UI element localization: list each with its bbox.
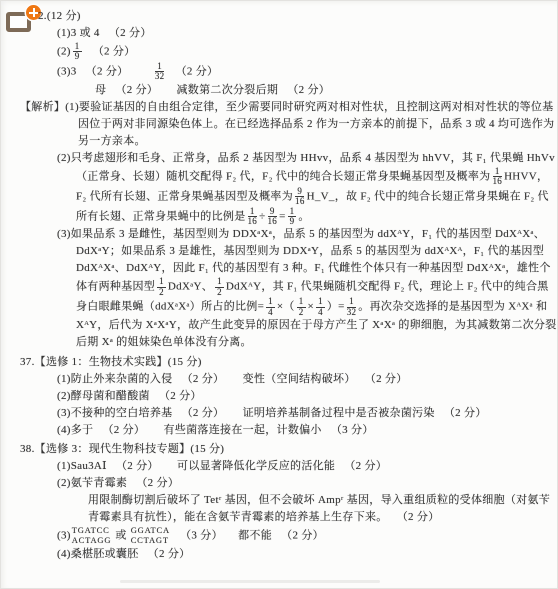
scanned-answer-document: 2.(12 分) (1)3 或 4 （2 分） (2)19 （2 分） (3)3… bbox=[0, 0, 558, 589]
q32-analysis-paragraph-2: (2)只考虑翅形和毛身、正常身，品系 2 基因型为 HHvv，品系 4 基因型为… bbox=[0, 150, 558, 227]
q32-answer-1: (1)3 或 4 （2 分） bbox=[0, 25, 558, 42]
fraction: 116 bbox=[247, 207, 259, 227]
fraction: 916 bbox=[266, 207, 278, 227]
dna-sequence-pair: TGATCCACTAGG bbox=[72, 526, 112, 546]
q38-answer-1: (1)Sau3AⅠ （2 分） 可以显著降低化学反应的活化能 （2 分） bbox=[0, 458, 558, 475]
q38-answer-3: (3)TGATCCACTAGG 或 GGATCACCTAGT （3 分） 都不能… bbox=[0, 526, 558, 546]
q37-answer-1: (1)防止外来杂菌的入侵 （2 分） 变性（空间结构破坏） （2 分） bbox=[0, 371, 558, 388]
fraction: 132 bbox=[346, 297, 358, 317]
question-37-block: 37.【选修 1：生物技术实践】(15 分) (1)防止外来杂菌的入侵 （2 分… bbox=[0, 354, 558, 439]
q32-analysis-paragraph-3: (3)如果品系 3 是雌性，基因型则为 DDXᵃXᵃ，品系 5 的基因型为 dd… bbox=[0, 226, 558, 351]
q37-answer-2: (2)酵母菌和醋酸菌 （2 分） bbox=[0, 388, 558, 405]
fraction: 14 bbox=[265, 297, 276, 317]
q38-answer-4: (4)桑椹胚或囊胚 （2 分） bbox=[0, 546, 558, 563]
q32-answer-2: (2)19 （2 分） bbox=[0, 42, 558, 62]
question-38-header: 38.【选修 3：现代生物科技专题】(15 分) bbox=[0, 441, 558, 458]
answer-key-content: 2.(12 分) (1)3 或 4 （2 分） (2)19 （2 分） (3)3… bbox=[0, 0, 558, 563]
q32-analysis-paragraph-1: 【解析】(1)要验证基因的自由组合定律，至少需要同时研究两对相对性状，且控制这两… bbox=[0, 99, 558, 150]
question-32-header: 2.(12 分) bbox=[0, 8, 558, 25]
question-38-block: 38.【选修 3：现代生物科技专题】(15 分) (1)Sau3AⅠ （2 分）… bbox=[0, 441, 558, 563]
fraction: 132 bbox=[154, 62, 166, 82]
q32-answer-3: (3)3 （2 分） 132 （2 分） bbox=[0, 62, 558, 82]
dna-sequence-pair: GGATCACCTAGT bbox=[131, 526, 170, 546]
fraction: 12 bbox=[156, 277, 167, 297]
fraction: 916 bbox=[294, 187, 306, 207]
q38-answer-2: (2)氨苄青霉素 （2 分） bbox=[0, 475, 558, 492]
fraction: 19 bbox=[72, 42, 83, 62]
scan-artifact bbox=[120, 580, 380, 583]
q38-answer-2-explanation: 用限制酶切割后破坏了 Tetʳ 基因，但不会破坏 Ampʳ 基因，导入重组质粒的… bbox=[0, 492, 558, 526]
fraction: 19 bbox=[287, 207, 298, 227]
fraction: 14 bbox=[315, 297, 326, 317]
question-37-header: 37.【选修 1：生物技术实践】(15 分) bbox=[0, 354, 558, 371]
q37-answer-4: (4)多于 （2 分） 有些菌落连接在一起，计数偏小 （3 分） bbox=[0, 422, 558, 439]
fraction: 12 bbox=[214, 277, 225, 297]
q32-answer-4: 母 （2 分） 减数第二次分裂后期 （2 分） bbox=[0, 82, 558, 99]
fraction: 12 bbox=[296, 297, 307, 317]
q37-answer-3: (3)不接种的空白培养基 （2 分） 证明培养基制备过程中是否被杂菌污染 （2 … bbox=[0, 405, 558, 422]
fraction: 116 bbox=[491, 167, 503, 187]
